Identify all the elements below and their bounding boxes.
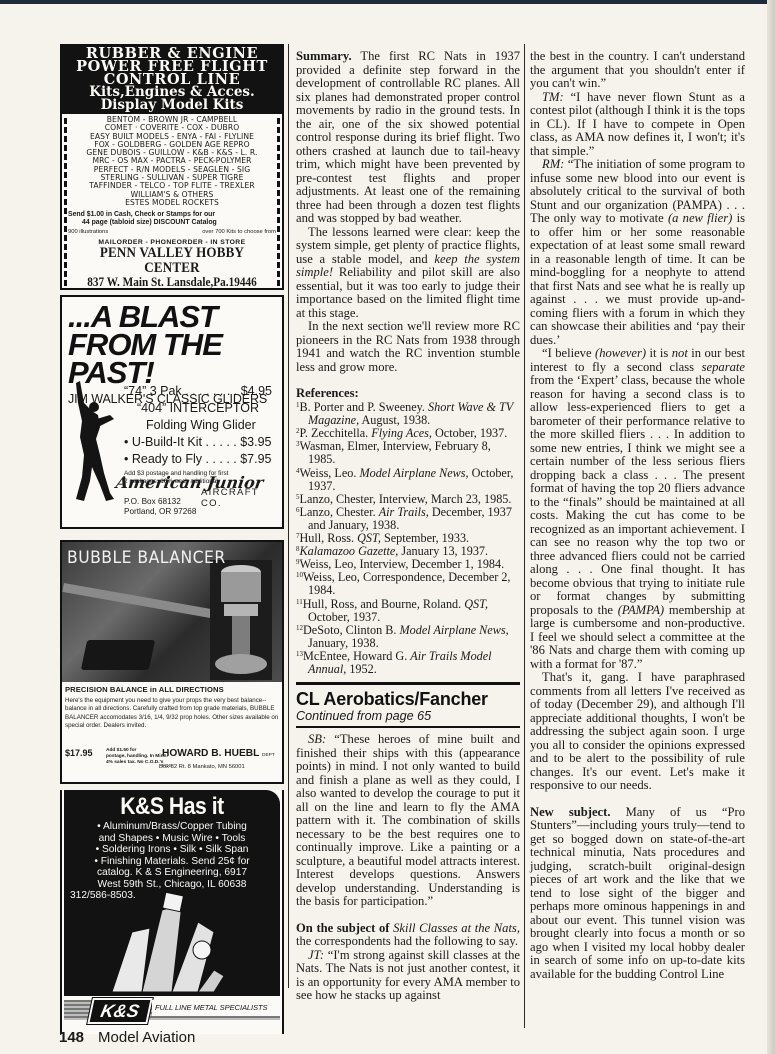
emphasis-text: (a new flier) xyxy=(668,211,732,225)
reference-source: Kalamazoo Gazette, xyxy=(300,544,399,558)
catalog-offer-line: 44 page (tabloid size) DISCOUNT Catalog xyxy=(68,219,276,227)
ad-american-junior-gliders: ...A BLAST FROM THE PAST! JIM WALKER'S C… xyxy=(60,295,284,529)
reference-item: 12DeSoto, Clinton B. Model Airplane News… xyxy=(296,624,520,650)
reference-item: 3Wasman, Elmer, Interview, February 8, 1… xyxy=(296,440,520,466)
reference-source: Model Airplane News, xyxy=(359,466,468,480)
reference-item: 10Weiss, Leo, Correspondence, December 2… xyxy=(296,571,520,597)
ad-copy-line: • Soldering Irons • Silk • Silk Span xyxy=(70,844,274,856)
references-heading: References: xyxy=(296,387,520,400)
decorative-border-right xyxy=(277,118,280,286)
paragraph-text: is to offer him or her some reasonable e… xyxy=(530,211,745,347)
reference-date: January, 1938. xyxy=(308,636,379,650)
reference-text: Hull, Ross, and Bourne, Roland. xyxy=(303,597,464,611)
illustration-count: 900 illustrations xyxy=(68,228,108,236)
reference-text: Weiss, Leo, Interview, December 1, 1984. xyxy=(300,557,505,571)
ad-slogan: FULL LINE METAL SPECIALISTS xyxy=(152,1000,282,1016)
next-section-paragraph: In the next section we'll review more RC… xyxy=(296,320,520,374)
decorative-border-left xyxy=(64,118,67,286)
reference-item: 11Hull, Ross, and Bourne, Roland. QST, O… xyxy=(296,598,520,624)
summary-lead: Summary. xyxy=(296,49,352,63)
emphasis-text: separate xyxy=(702,360,745,374)
section-title: CL Aerobatics/Fancher xyxy=(296,689,520,709)
store-name: PENN VALLEY HOBBY CENTER xyxy=(73,246,271,276)
kit-count: over 700 Kits to choose from xyxy=(202,228,276,236)
reference-item: 6Lanzo, Chester. Air Trails, December, 1… xyxy=(296,506,520,532)
sb-quote-paragraph: SB: “These heroes of mine built and fini… xyxy=(296,733,520,909)
reference-number: 10 xyxy=(296,571,303,579)
ad-headline: K&S Has it xyxy=(77,793,267,821)
ad-headline: RUBBER & ENGINE POWER FREE FLIGHT CONTRO… xyxy=(62,46,282,114)
reference-text: Hull, Ross. xyxy=(300,531,358,545)
reference-source: QST, xyxy=(464,597,488,611)
ks-logo: K&S xyxy=(87,998,153,1024)
product-u-build-it: • U-Build-It Kit . . . . . $3.95 xyxy=(124,434,276,451)
ad-penn-valley-hobby-center: RUBBER & ENGINE POWER FREE FLIGHT CONTRO… xyxy=(60,44,284,290)
paragraph-text: Many of us “Pro Stunters”—including your… xyxy=(530,805,745,981)
emphasis-text: (however) xyxy=(595,346,646,360)
reference-text: Lanzo, Chester. xyxy=(300,505,379,519)
paragraph-text: it is xyxy=(646,346,672,360)
reference-source: QST, xyxy=(357,531,381,545)
catalog-offer-line: Send $1.00 in Cash, Check or Stamps for … xyxy=(68,211,276,219)
product-ready-to-fly: • Ready to Fly . . . . . $7.95 xyxy=(124,451,276,468)
company-address: P.O. Box 68132 Portland, OR 97268 xyxy=(124,497,196,517)
paragraph-text: “I'm strong against skill classes at the… xyxy=(296,948,520,1003)
reference-text: P. Zecchitella. xyxy=(300,426,372,440)
headline-line: Display Model Kits xyxy=(64,99,280,112)
speaker-initials: RM: xyxy=(542,157,564,171)
jt-quote-paragraph: JT: “I'm strong against skill classes at… xyxy=(296,949,520,1003)
reference-text: Weiss, Leo, Correspondence, December 2, … xyxy=(303,570,510,597)
reference-number: 11 xyxy=(296,598,303,606)
skill-classes-paragraph: On the subject of Skill Classes at the N… xyxy=(296,922,520,949)
ad-copy: • Aluminum/Brass/Copper Tubing and Shape… xyxy=(64,821,280,902)
ad-dark-panel: K&S Has it • Aluminum/Brass/Copper Tubin… xyxy=(64,790,280,996)
tm-quote-paragraph: TM: “I have never flown Stunt as a conte… xyxy=(530,91,745,159)
store-address: 837 W. Main St. Lansdale,Pa.19446 xyxy=(73,276,271,288)
ad-copy-line: and Shapes • Music Wire • Tools xyxy=(70,833,274,845)
references-list: References: 1B. Porter and P. Sweeney. S… xyxy=(296,387,520,676)
subject-lead: New subject. xyxy=(530,805,611,819)
article-column-middle: Summary. The first RC Nats in 1937 provi… xyxy=(296,50,520,1003)
page-number: 148 xyxy=(59,1029,84,1046)
ad-bubble-balancer: BUBBLE BALANCER PRECISION BALANCE in ALL… xyxy=(60,540,284,784)
jt-quote-continued: the best in the country. I can't underst… xyxy=(530,50,745,91)
ad-body: Here's the equipment you need to give yo… xyxy=(65,697,279,731)
summary-paragraph: Summary. The first RC Nats in 1937 provi… xyxy=(296,50,520,226)
paragraph-text: The first RC Nats in 1937 provided a def… xyxy=(296,49,520,225)
paragraph-text: “These heroes of mine built and finished… xyxy=(296,732,520,908)
paragraph-text: from the ‘Expert’ class, because the who… xyxy=(530,373,745,617)
ad-headline: FROM THE PAST! xyxy=(68,331,276,387)
continued-from-link[interactable]: Continued from page 65 xyxy=(296,709,520,723)
reference-number: 13 xyxy=(296,650,303,658)
ad-copy: PRECISION BALANCE in ALL DIRECTIONS Here… xyxy=(65,685,279,731)
reference-text: McEntee, Howard G. xyxy=(303,649,410,663)
reference-date: October, 1937. xyxy=(432,426,507,440)
ad-ks-engineering: K&S Has it • Aluminum/Brass/Copper Tubin… xyxy=(60,790,284,1034)
publication-name: Model Aviation xyxy=(98,1029,195,1046)
speaker-initials: SB: xyxy=(308,732,326,746)
reference-text: Wasman, Elmer, Interview, February 8, 19… xyxy=(300,439,491,466)
reference-date: August, 1938. xyxy=(359,413,430,427)
rm-quote-paragraph: RM: “The initiation of some program to i… xyxy=(530,158,745,347)
reference-text: Lanzo, Chester, Interview, March 23, 198… xyxy=(300,492,512,506)
company-address: Box 82 Rt. 8 Mankato, MN 56001 xyxy=(159,764,245,770)
reference-item: 4Weiss, Leo. Model Airplane News, Octobe… xyxy=(296,467,520,493)
product-list: “74” 3 Pak . . . . . . . . $4.95 “404” I… xyxy=(124,383,276,486)
propeller-shape xyxy=(62,583,211,618)
balancer-cylinder-icon xyxy=(210,560,272,680)
section-divider xyxy=(296,726,520,728)
ad-copy-line: catalog. K & S Engineering, 6917 xyxy=(70,867,274,879)
reference-text: Weiss, Leo. xyxy=(300,466,360,480)
new-subject-paragraph: New subject. Many of us “Pro Stunters”—i… xyxy=(530,806,745,982)
product-photo: BUBBLE BALANCER xyxy=(62,542,282,682)
brand-list: BENTOM - BROWN JR - CAMPBELL COMET · COV… xyxy=(62,114,282,209)
column-rule xyxy=(524,44,525,1028)
lessons-paragraph: The lessons learned were clear: keep the… xyxy=(296,226,520,321)
scan-right-edge xyxy=(767,0,775,1054)
product-interceptor-desc: Folding Wing Glider xyxy=(124,417,276,434)
scan-top-edge xyxy=(0,0,775,4)
reference-item: 13McEntee, Howard G. Air Trails Model An… xyxy=(296,650,520,676)
reference-source: Flying Aces, xyxy=(371,426,432,440)
emphasis-text: (PAMPA) xyxy=(618,603,664,617)
speaker-initials: JT: xyxy=(308,948,324,962)
reference-number: 12 xyxy=(296,624,303,632)
balancer-base-shape xyxy=(81,640,155,670)
reference-text: DeSoto, Clinton B. xyxy=(303,623,400,637)
thats-it-paragraph: That's it, gang. I have paraphrased comm… xyxy=(530,671,745,793)
reference-date: January 13, 1937. xyxy=(398,544,488,558)
reference-date: October, 1937. xyxy=(308,610,380,624)
ad-copy-line: • Aluminum/Brass/Copper Tubing xyxy=(70,821,274,833)
paragraph-text: the correspondents had the following to … xyxy=(296,934,518,948)
glider-thrower-illustration-icon xyxy=(70,381,118,503)
section-divider xyxy=(296,682,520,685)
ad-copy-line: West 59th St., Chicago, IL 60638 xyxy=(70,879,274,891)
subject-lead: On the subject of xyxy=(296,921,393,935)
reference-text: B. Porter and P. Sweeney. xyxy=(300,400,429,414)
ad-tagline: PRECISION BALANCE in ALL DIRECTIONS xyxy=(65,685,279,694)
metal-tubing-shapes-icon xyxy=(102,892,232,994)
reference-date: 1952. xyxy=(346,662,376,676)
brand-line: ESTES MODEL ROCKETS xyxy=(65,199,279,207)
emphasis-text: not xyxy=(672,346,688,360)
emphasis-text: Skill Classes at the Nats, xyxy=(393,921,520,935)
ad-headline: BUBBLE BALANCER xyxy=(67,548,226,568)
reference-date: September, 1933. xyxy=(381,531,469,545)
brand-suffix: AIRCRAFT CO. xyxy=(201,487,282,509)
catalog-offer: Send $1.00 in Cash, Check or Stamps for … xyxy=(62,209,282,236)
address-line: P.O. Box 68132 xyxy=(124,497,196,507)
company-name-text: HOWARD B. HUEBL xyxy=(162,748,259,759)
speaker-initials: TM: xyxy=(542,90,564,104)
reference-item: 1B. Porter and P. Sweeney. Short Wave & … xyxy=(296,401,520,427)
ad-copy-line: • Finishing Materials. Send 25¢ for xyxy=(70,856,274,868)
reference-source: Air Trails, xyxy=(379,505,429,519)
product-price: $17.95 xyxy=(65,748,93,758)
product-3-pak: “74” 3 Pak . . . . . . . . $4.95 xyxy=(124,383,276,400)
article-column-right: the best in the country. I can't underst… xyxy=(530,50,745,981)
column-rule xyxy=(288,44,289,988)
address-line: Portland, OR 97268 xyxy=(124,507,196,517)
paragraph-text: “I believe xyxy=(542,346,595,360)
reference-source: Model Airplane News, xyxy=(400,623,509,637)
believe-paragraph: “I believe (however) it is not in our be… xyxy=(530,347,745,671)
product-interceptor: “404” INTERCEPTOR xyxy=(124,400,276,417)
page-folio: 148Model Aviation xyxy=(59,1029,195,1046)
